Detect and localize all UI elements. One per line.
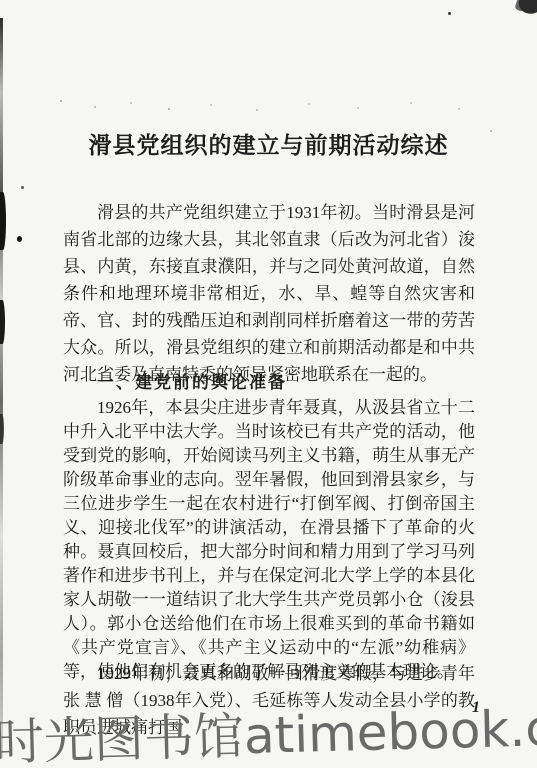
scan-speck-row [60,100,62,102]
page-number: 1 [472,699,480,717]
scan-speck [17,236,22,242]
paragraph-section-one: 1926年，本县尖庄进步青年聂真，从汲县省立十二中升入北平中法大学。当时该校已有… [63,396,475,684]
scan-speck [448,12,451,15]
scan-corner-smudge [516,0,537,17]
scan-edge-blob [0,414,4,444]
scan-left-edge-artifact [0,18,3,758]
section-heading: 一、建党前的舆论准备 [63,368,475,393]
paragraph-intro: 滑县的共产党组织建立于1931年初。当时滑县是河南省北部的边缘大县，其北邻直隶（… [63,199,475,388]
scan-edge-blob [0,192,6,250]
scan-speck [21,186,24,189]
page-title: 滑县党组织的建立与前期活动综述 [0,127,537,160]
scan-edge-blob [0,300,5,344]
scanned-book-page: 滑县党组织的建立与前期活动综述 滑县的共产党组织建立于1931年初。当时滑县是河… [0,0,537,768]
